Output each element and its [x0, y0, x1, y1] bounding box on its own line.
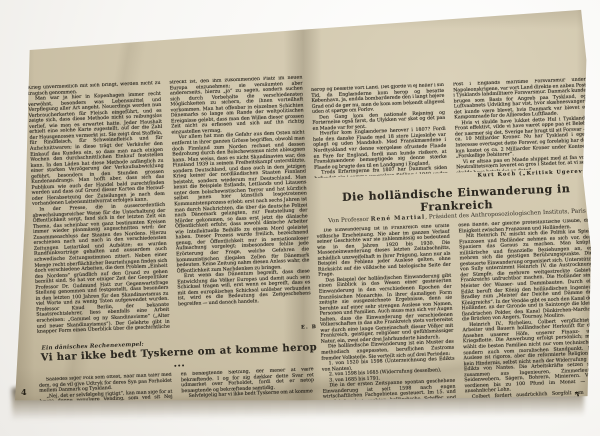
german-press-review-column-2: streckt ist, den ihm zukommenden Platz i… — [169, 75, 311, 328]
danish-continuation-column-1: herop og besætte vort Land. Det gjorde v… — [311, 83, 447, 178]
dutch-immigration-article: Die holländische Einwanderung in Frankre… — [315, 181, 600, 413]
magazine-paper: Krieg unvermeidlich mit sich bringt, wer… — [8, 4, 594, 422]
dutch-immigration-columns: Die Einwanderung ist in Frankreich eine … — [316, 218, 600, 413]
paragraph: Hvorfor kom Englænderne herover i 1807? … — [313, 127, 447, 171]
paragraph: Heinrich IV., Richelieu, Colbert verpfli… — [462, 318, 598, 395]
paragraph: Das Beispiel der holländischen Einwander… — [318, 274, 453, 346]
german-press-review-column-1: Krieg unvermeidlich mit sich bringt, wer… — [28, 81, 170, 334]
left-page: Krieg unvermeidlich mit sich bringt, wer… — [26, 35, 322, 408]
paragraph: streckt ist, den ihm zukommenden Platz i… — [169, 75, 304, 136]
paragraph: Erst wenn das Dänentum begreift, dass di… — [177, 269, 311, 307]
german-press-review: Krieg unvermeidlich mit sich bringt, wer… — [28, 75, 319, 334]
right-page: herop og besætte vort Land. Det gjorde v… — [308, 0, 600, 416]
paragraph: Die Einwanderung ist in Frankreich eine … — [316, 224, 451, 279]
danish-feature-continuation: herop og besætte vort Land. Det gjorde v… — [311, 77, 596, 178]
danish-continuation-column-2: Post i Englands maritime Forsvarsmur und… — [453, 77, 589, 172]
magazine-spread-photo: Krieg unvermeidlich mit sich bringt, wer… — [0, 0, 600, 436]
paragraph: In der Presse, die in ausserordentlich a… — [32, 203, 170, 334]
byline-prefix: Von Professor — [328, 217, 371, 225]
dutch-immigration-column-1: Die Einwanderung ist in Frankreich eine … — [316, 224, 456, 413]
byline-author-name: René Martial — [371, 215, 426, 223]
paragraph: Man war ja hier in Kopenhagen immer rech… — [28, 92, 165, 208]
paragraph: Vor allem hat man die Gefahr aus dem Ost… — [172, 131, 310, 275]
paragraph: Mit Heinrich IV. mischt sich die Politik… — [459, 229, 595, 323]
paragraph: Hvis vi skulde have lukket dette Hul i T… — [454, 116, 588, 160]
dutch-immigration-column-2: ösen Bande, der gleiche protestantische … — [458, 218, 598, 407]
page-number-left: 4 — [21, 387, 27, 397]
paragraph: Post i Englands maritime Forsvarsmur und… — [453, 77, 587, 121]
